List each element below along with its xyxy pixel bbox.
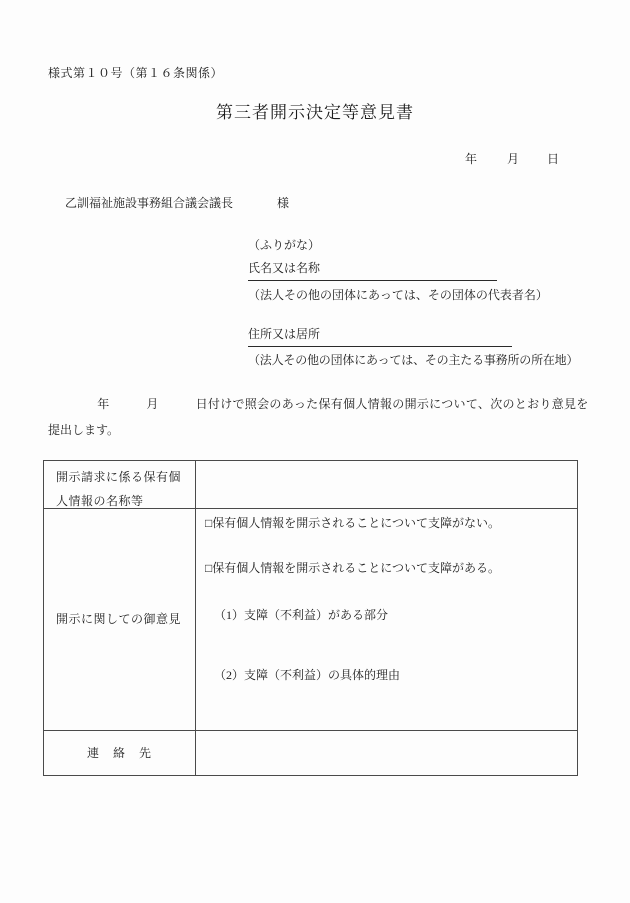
form-number: 様式第１０号（第１６条関係）: [48, 66, 223, 81]
statement-line-1: 年 月 日付けで照会のあった保有個人情報の開示について、次のとおり意見を: [48, 397, 589, 412]
statement-line-2: 提出します。: [48, 423, 119, 438]
request-label-cell: 開示請求に係る保有個 人情報の名称等: [44, 461, 196, 508]
address-field-note: （法人その他の団体にあっては、その主たる事務所の所在地）: [248, 353, 578, 368]
document-page: 様式第１０号（第１６条関係） 第三者開示決定等意見書 年月日 乙訓福祉施設事務組…: [0, 0, 630, 903]
contact-label-cell: 連 絡 先: [44, 731, 196, 775]
address-field-label: 住所又は居所: [248, 327, 320, 341]
option-objection: □保有個人情報を開示されることについて支障がある。: [205, 561, 500, 576]
date-year-label: 年: [465, 152, 477, 166]
request-value-cell: [196, 461, 577, 508]
addressee-name: 乙訓福祉施設事務組合議会議長: [65, 196, 233, 210]
page-title: 第三者開示決定等意見書: [0, 102, 630, 123]
contact-label: 連 絡 先: [87, 746, 152, 761]
opinion-label-cell: 開示に関しての御意見: [44, 509, 196, 730]
option-objection-part: （1）支障（不利益）がある部分: [214, 608, 388, 623]
address-field: 住所又は居所: [248, 327, 512, 347]
name-field-note: （法人その他の団体にあっては、その団体の代表者名）: [248, 288, 548, 303]
furigana-label: （ふりがな）: [248, 238, 320, 253]
date-day-label: 日: [547, 152, 559, 166]
name-field: 氏名又は名称: [248, 261, 497, 281]
table-row-request: 開示請求に係る保有個 人情報の名称等: [44, 461, 577, 509]
option-no-objection: □保有個人情報を開示されることについて支障がない。: [205, 516, 500, 531]
opinion-value-cell: □保有個人情報を開示されることについて支障がない。 □保有個人情報を開示されるこ…: [196, 509, 577, 730]
table-row-opinion: 開示に関しての御意見 □保有個人情報を開示されることについて支障がない。 □保有…: [44, 509, 577, 731]
contact-value-cell: [196, 731, 577, 775]
request-label-line1: 開示請求に係る保有個: [56, 465, 191, 489]
opinion-form-table: 開示請求に係る保有個 人情報の名称等 開示に関しての御意見 □保有個人情報を開示…: [43, 460, 578, 776]
name-field-label: 氏名又は名称: [248, 261, 320, 275]
addressee-honorific: 様: [277, 196, 289, 210]
addressee-line: 乙訓福祉施設事務組合議会議長様: [65, 196, 289, 211]
date-month-label: 月: [507, 152, 519, 166]
date-line: 年月日: [465, 152, 559, 167]
table-row-contact: 連 絡 先: [44, 731, 577, 775]
opinion-label: 開示に関しての御意見: [56, 612, 181, 627]
option-objection-reason: （2）支障（不利益）の具体的理由: [214, 668, 400, 683]
